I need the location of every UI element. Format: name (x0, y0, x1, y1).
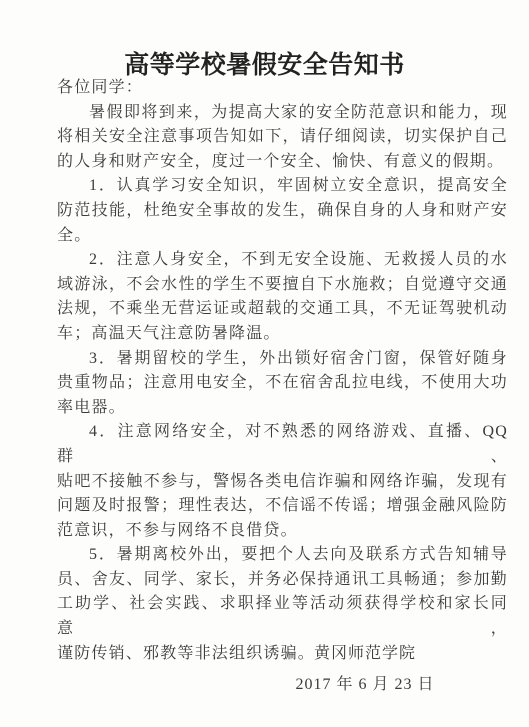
body-line: 2．注意人身安全，不到无安全设施、无救援人员的水 (57, 248, 508, 273)
body-line: 域游泳，不会水性的学生不要擅自下水施救；自觉遵守交通 (57, 273, 508, 298)
body-line: 贵重物品；注意用电安全，不在宿舍乱拉电线，不使用大功 (57, 371, 508, 396)
body-line: 的人身和财产安全，度过一个安全、愉快、有意义的假期。 (57, 150, 508, 175)
body-line: 4．注意网络安全，对不熟悉的网络游戏、直播、QQ 群、 (57, 420, 508, 469)
paragraph: 暑假即将到来，为提高大家的安全防范意识和能力，现将相关安全注意事项告知如下，请仔… (57, 101, 508, 175)
body-line: 3．暑期留校的学生，外出锁好宿舍门窗，保管好随身 (57, 347, 508, 372)
document-page: 高等学校暑假安全告知书 各位同学： 暑假即将到来，为提高大家的安全防范意识和能力… (0, 0, 529, 727)
body-line: 员、舍友、同学、家长，并务必保持通讯工具畅通；参加勤 (57, 568, 508, 593)
paragraphs-container: 暑假即将到来，为提高大家的安全防范意识和能力，现将相关安全注意事项告知如下，请仔… (57, 101, 508, 667)
salutation: 各位同学： (57, 76, 508, 101)
paragraph: 4．注意网络安全，对不熟悉的网络游戏、直播、QQ 群、贴吧不接触不参与，警惕各类… (57, 420, 508, 543)
paragraph: 1．认真学习安全知识，牢固树立安全意识，提高安全防范技能，杜绝安全事故的发生，确… (57, 174, 508, 248)
signature-organization: 黄冈师范学院 (245, 645, 485, 663)
signature-date: 2017 年 6 月 23 日 (245, 676, 485, 694)
body-line: 将相关安全注意事项告知如下，请仔细阅读，切实保护自己 (57, 125, 508, 150)
body-line: 工助学、社会实践、求职择业等活动须获得学校和家长同意， (57, 592, 508, 641)
body-line: 法规，不乘坐无营运证或超载的交通工具，不无证驾驶机动 (57, 297, 508, 322)
body-line: 范意识，不参与网络不良借贷。 (57, 519, 508, 544)
body-line: 车；高温天气注意防暑降温。 (57, 322, 508, 347)
paragraph: 3．暑期留校的学生，外出锁好宿舍门窗，保管好随身贵重物品；注意用电安全，不在宿舍… (57, 347, 508, 421)
body-line: 防范技能，杜绝安全事故的发生，确保自身的人身和财产安 (57, 199, 508, 224)
body-line: 全。 (57, 224, 508, 249)
body-line: 1．认真学习安全知识，牢固树立安全意识，提高安全 (57, 174, 508, 199)
paragraph: 2．注意人身安全，不到无安全设施、无救援人员的水域游泳，不会水性的学生不要擅自下… (57, 248, 508, 346)
document-body: 各位同学： 暑假即将到来，为提高大家的安全防范意识和能力，现将相关安全注意事项告… (57, 76, 508, 666)
body-line: 问题及时报警；理性表达，不信谣不传谣；增强金融风险防 (57, 494, 508, 519)
body-line: 率电器。 (57, 396, 508, 421)
body-line: 暑假即将到来，为提高大家的安全防范意识和能力，现 (57, 101, 508, 126)
body-line: 5．暑期离校外出，要把个人去向及联系方式告知辅导 (57, 543, 508, 568)
signature-block: 黄冈师范学院 2017 年 6 月 23 日 (245, 645, 485, 694)
body-line: 贴吧不接触不参与，警惕各类电信诈骗和网络诈骗，发现有 (57, 470, 508, 495)
